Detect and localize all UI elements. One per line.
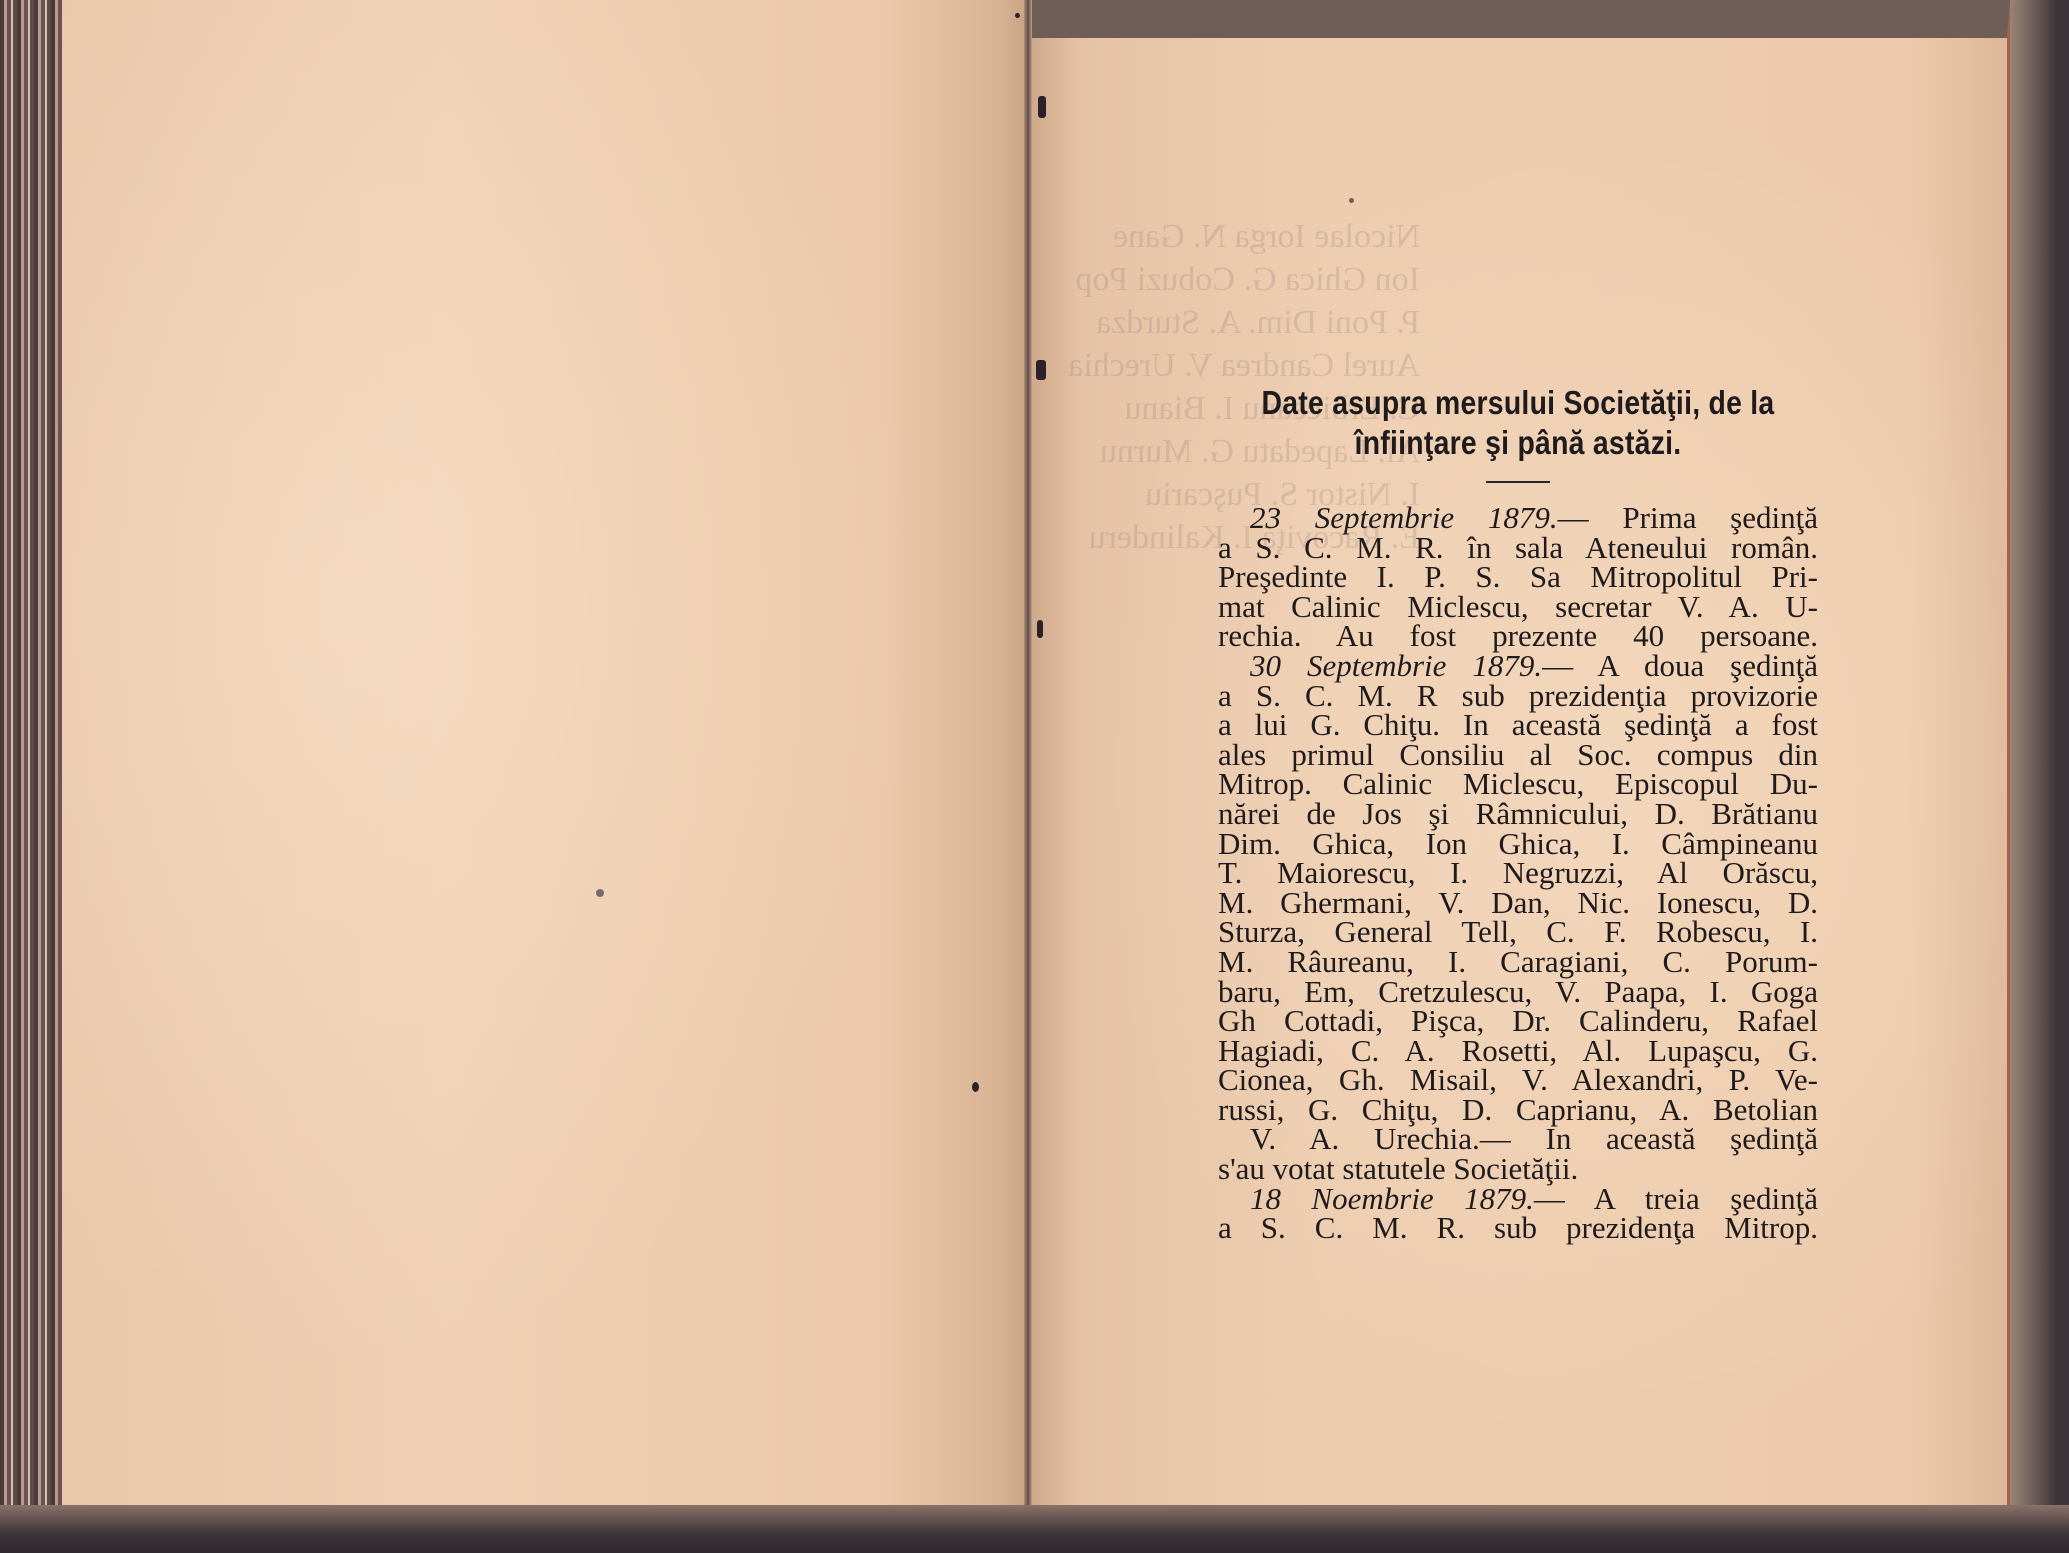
book-gutter: [1024, 0, 1032, 1510]
entries-list: 23 Septembrie 1879.— Prima şedinţă a S. …: [1218, 503, 1818, 1243]
ink-speck: [596, 889, 604, 897]
entry-line: Mitrop. Calinic Miclescu, Episcopul Du-: [1218, 769, 1818, 799]
left-page: [62, 0, 1026, 1512]
ink-speck: [1015, 13, 1020, 18]
entry-line: Gh Cottadi, Pişca, Dr. Calinderu, Rafael: [1218, 1006, 1818, 1036]
page-block-edges: [0, 0, 62, 1510]
chronology-entry: 18 Noembrie 1879.— A treia şedinţă a S. …: [1218, 1184, 1818, 1243]
entry-line: M. Ghermani, V. Dan, Nic. Ionescu, D.: [1218, 888, 1818, 918]
page-title: Date asupra mersului Societăţii, de la î…: [1226, 383, 1811, 463]
entry-line: 23 Septembrie 1879.— Prima şedinţă: [1218, 503, 1818, 533]
entry-line: rechia. Au fost prezente 40 persoane.: [1218, 621, 1818, 651]
entry-line: M. Râureanu, I. Caragiani, C. Porum-: [1218, 947, 1818, 977]
binding-stitch-mark: [1036, 360, 1046, 380]
entry-line: Hagiadi, C. A. Rosetti, Al. Lupaşcu, G.: [1218, 1036, 1818, 1066]
binding-stitch-mark: [1037, 620, 1043, 638]
chronology-entry: 23 Septembrie 1879.— Prima şedinţă a S. …: [1218, 503, 1818, 651]
entry-line: Dim. Ghica, Ion Ghica, I. Câmpineanu: [1218, 829, 1818, 859]
entry-line: mat Calinic Miclescu, secretar V. A. U-: [1218, 592, 1818, 622]
entry-line: nărei de Jos şi Râmnicului, D. Brătianu: [1218, 799, 1818, 829]
binding-stitch-mark: [1038, 96, 1046, 118]
right-page-text: Date asupra mersului Societăţii, de la î…: [1218, 383, 1818, 1243]
entry-line: russi, G. Chiţu, D. Caprianu, A. Betolia…: [1218, 1095, 1818, 1125]
title-line: Date asupra mersului Societăţii, de la: [1226, 383, 1811, 423]
book-cover-bottom-edge: [0, 1505, 2069, 1553]
chronology-entry: 30 Septembrie 1879.— A doua şedinţă a S.…: [1218, 651, 1818, 1184]
entry-line: 18 Noembrie 1879.— A treia şedinţă: [1218, 1184, 1818, 1214]
title-line: înfiinţare şi până astăzi.: [1226, 423, 1811, 463]
ink-speck: [1349, 198, 1354, 203]
book-spread: Nicolae Iorga N. Gane Ion Ghica G. Cobuz…: [0, 0, 2069, 1553]
entry-line: a lui G. Chiţu. In această şedinţă a fos…: [1218, 710, 1818, 740]
entry-line: V. A. Urechia.— In această şedinţă: [1218, 1124, 1818, 1154]
entry-line: baru, Em, Cretzulescu, V. Paapa, I. Goga: [1218, 977, 1818, 1007]
entry-line: Preşedinte I. P. S. Sa Mitropolitul Pri-: [1218, 562, 1818, 592]
entry-line: ales primul Consiliu al Soc. compus din: [1218, 740, 1818, 770]
book-cover-right-edge: [2010, 0, 2069, 1553]
entry-line: Cionea, Gh. Misail, V. Alexandri, P. Ve-: [1218, 1065, 1818, 1095]
entry-line: a S. C. M. R sub prezidenţia provizorie: [1218, 681, 1818, 711]
entry-line: 30 Septembrie 1879.— A doua şedinţă: [1218, 651, 1818, 681]
entry-line: a S. C. M. R. în sala Ateneului român.: [1218, 533, 1818, 563]
title-rule-divider: [1486, 481, 1550, 483]
ink-speck: [972, 1082, 979, 1092]
entry-line: s'au votat statutele Societăţii.: [1218, 1154, 1818, 1184]
entry-line: T. Maiorescu, I. Negruzzi, Al Orăscu,: [1218, 858, 1818, 888]
entry-line: a S. C. M. R. sub prezidenţa Mitrop.: [1218, 1213, 1818, 1243]
entry-line: Sturza, General Tell, C. F. Robescu, I.: [1218, 917, 1818, 947]
